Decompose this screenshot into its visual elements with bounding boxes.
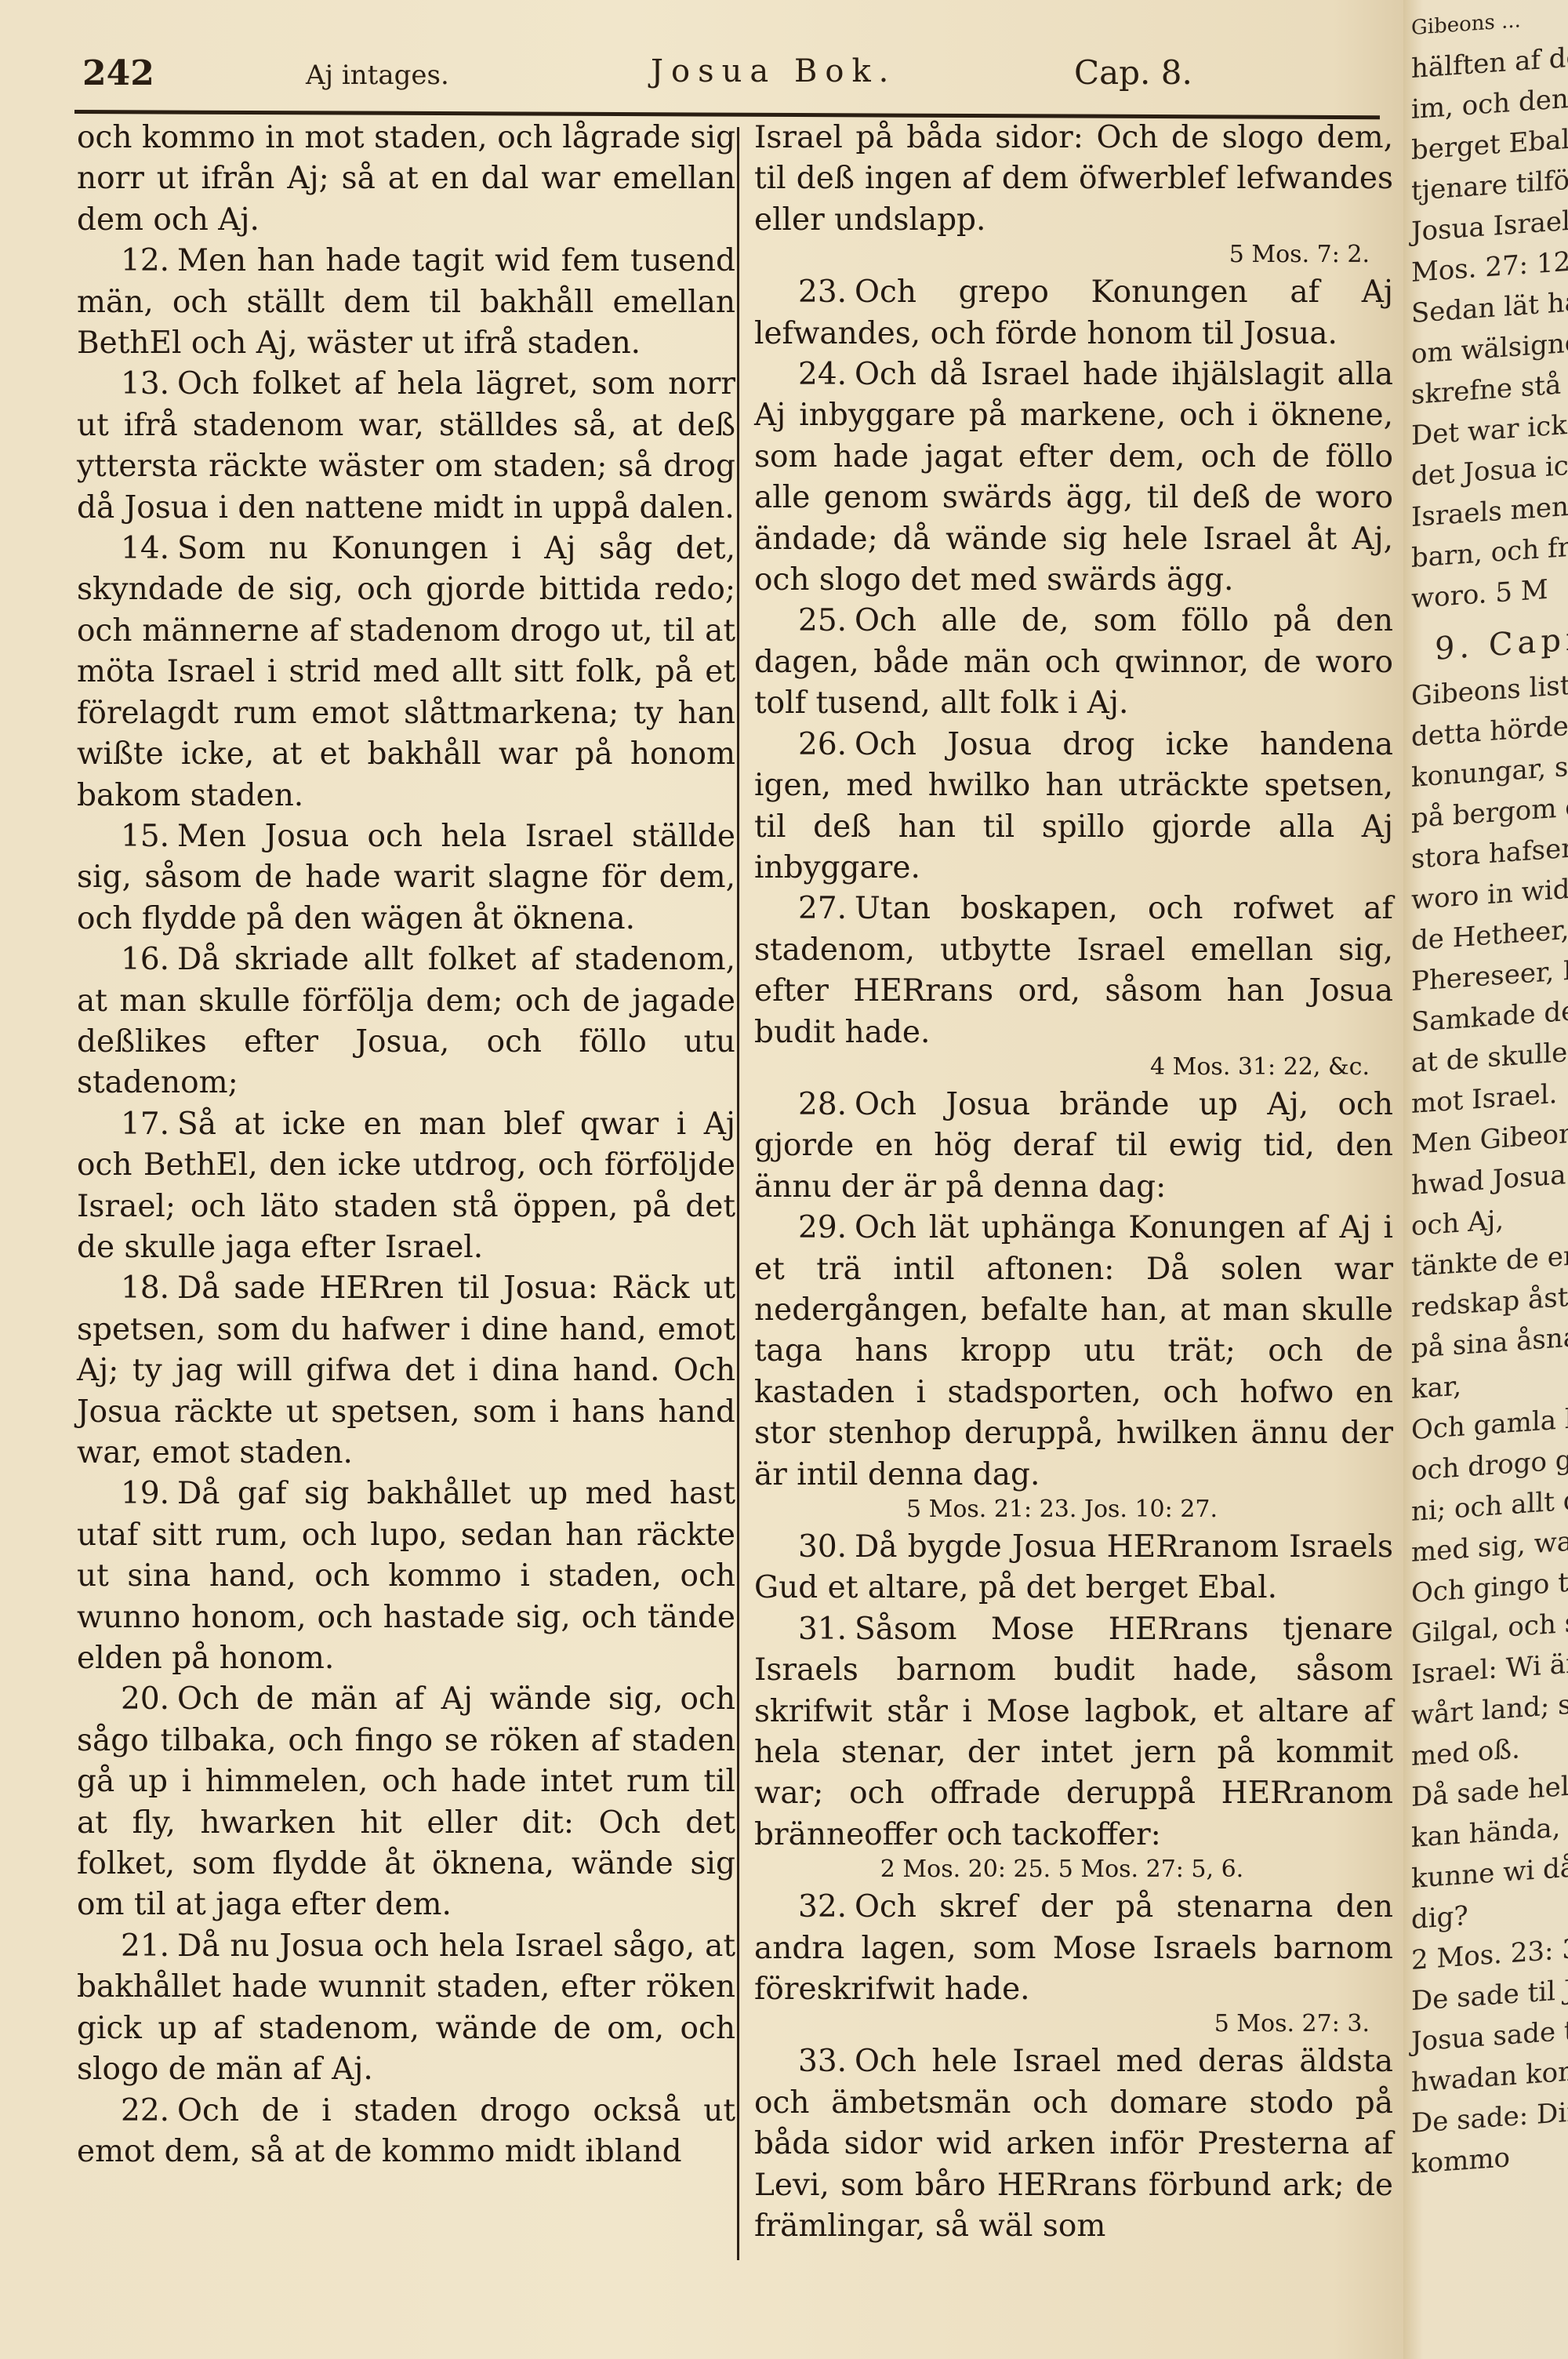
verse-number: 29. [754,1208,855,1249]
verse-number: 25. [754,601,855,642]
page-number: 242 [82,53,154,93]
verse-number: 20. [77,1679,177,1720]
section-heading: Aj intages. [306,60,449,91]
verse-text: Israel på båda sidor: Och de slogo dem, … [754,120,1393,238]
verse: 22.Och de i staden drogo också ut emot d… [77,2091,735,2173]
verse-number: 19. [77,1474,177,1514]
verse: 18.Då sade HERren til Josua: Räck ut spe… [77,1268,735,1474]
verse-number: 27. [754,889,855,929]
verse-number: 24. [754,354,855,395]
column-divider [737,127,739,2260]
book-title: Josua Bok. [651,53,896,89]
left-column: och kommo in mot staden, och lågrade sig… [77,118,735,2172]
facing-page-text: Gibeons ...hälften af demim, och den and… [1411,0,1568,2185]
verse-number: 31. [754,1609,855,1650]
verse: 13.Och folket af hela lägret, som norr u… [77,364,735,529]
right-column: Israel på båda sidor: Och de slogo dem, … [754,118,1393,2248]
verse: 29.Och lät uphänga Konungen af Aj i et t… [754,1208,1393,1496]
verse-number: 23. [754,272,855,313]
verse-text: Och lät uphänga Konungen af Aj i et trä … [754,1210,1393,1492]
verse: 27.Utan boskapen, och rofwet af stadenom… [754,889,1393,1053]
verse-number: 28. [754,1085,855,1125]
verse: 12.Men han hade tagit wid fem tusend män… [77,241,735,364]
verse-number: 18. [77,1268,177,1309]
cross-reference: 4 Mos. 31: 22, &c. [754,1050,1393,1085]
verse: 15.Men Josua och hela Israel ställde sig… [77,816,735,940]
verse-number: 12. [77,241,177,282]
chapter-label: Cap. 8. [1074,53,1192,92]
verse: 16.Då skriade allt folket af stadenom, a… [77,940,735,1104]
verse-number: 15. [77,816,177,857]
verse: 21.Då nu Josua och hela Israel sågo, at … [77,1926,735,2091]
verse: och kommo in mot staden, och lågrade sig… [77,118,735,241]
facing-page-edge: Gibeons ...hälften af demim, och den and… [1403,0,1568,2359]
verse: 30.Då bygde Josua HERranom Israels Gud e… [754,1527,1393,1609]
cross-reference: 5 Mos. 21: 23. Jos. 10: 27. [754,1492,1393,1527]
verse: 14.Som nu Konungen i Aj såg det, skyndad… [77,529,735,816]
verse: 19.Då gaf sig bakhållet up med hast utaf… [77,1474,735,1679]
facing-chapter-heading: 9. Capitlet. [1435,609,1568,670]
verse-number: 22. [77,2091,177,2132]
verse-number: 32. [754,1887,855,1928]
verse-number: 26. [754,725,855,765]
verse: 24.Och då Israel hade ihjälslagit alla A… [754,354,1393,601]
running-head: 242 Aj intages. Josua Bok. Cap. 8. [74,45,1376,108]
verse: 20.Och de män af Aj wände sig, och sågo … [77,1679,735,1925]
left-page: 242 Aj intages. Josua Bok. Cap. 8. och k… [0,0,1380,2359]
verse: 26.Och Josua drog icke handena igen, med… [754,725,1393,889]
verse: 25.Och alle de, som föllo på den dagen, … [754,601,1393,724]
verse-text: Som nu Konungen i Aj såg det, skyndade d… [77,531,735,812]
book-spread: 242 Aj intages. Josua Bok. Cap. 8. och k… [0,0,1568,2359]
verse-number: 16. [77,940,177,980]
verse-number: 30. [754,1527,855,1568]
verse: 17.Så at icke en man blef qwar i Aj och … [77,1104,735,1269]
verse-number: 14. [77,529,177,569]
cross-reference: 2 Mos. 20: 25. 5 Mos. 27: 5, 6. [754,1852,1393,1887]
verse: 31.Såsom Mose HERrans tjenare Israels ba… [754,1609,1393,1856]
verse: 28.Och Josua brände up Aj, och gjorde en… [754,1085,1393,1208]
verse-number: 17. [77,1104,177,1145]
verse-number: 13. [77,364,177,405]
verse: 32.Och skref der på stenarna den andra l… [754,1887,1393,2010]
verse: 33.Och hele Israel med deras äldsta och … [754,2041,1393,2247]
cross-reference: 5 Mos. 7: 2. [754,238,1393,272]
verse: Israel på båda sidor: Och de slogo dem, … [754,118,1393,241]
verse: 23.Och grepo Konungen af Aj lefwandes, o… [754,272,1393,354]
cross-reference: 5 Mos. 27: 3. [754,2007,1393,2041]
verse-text: och kommo in mot staden, och lågrade sig… [77,120,735,238]
verse-number: 33. [754,2041,855,2082]
verse-number: 21. [77,1926,177,1967]
